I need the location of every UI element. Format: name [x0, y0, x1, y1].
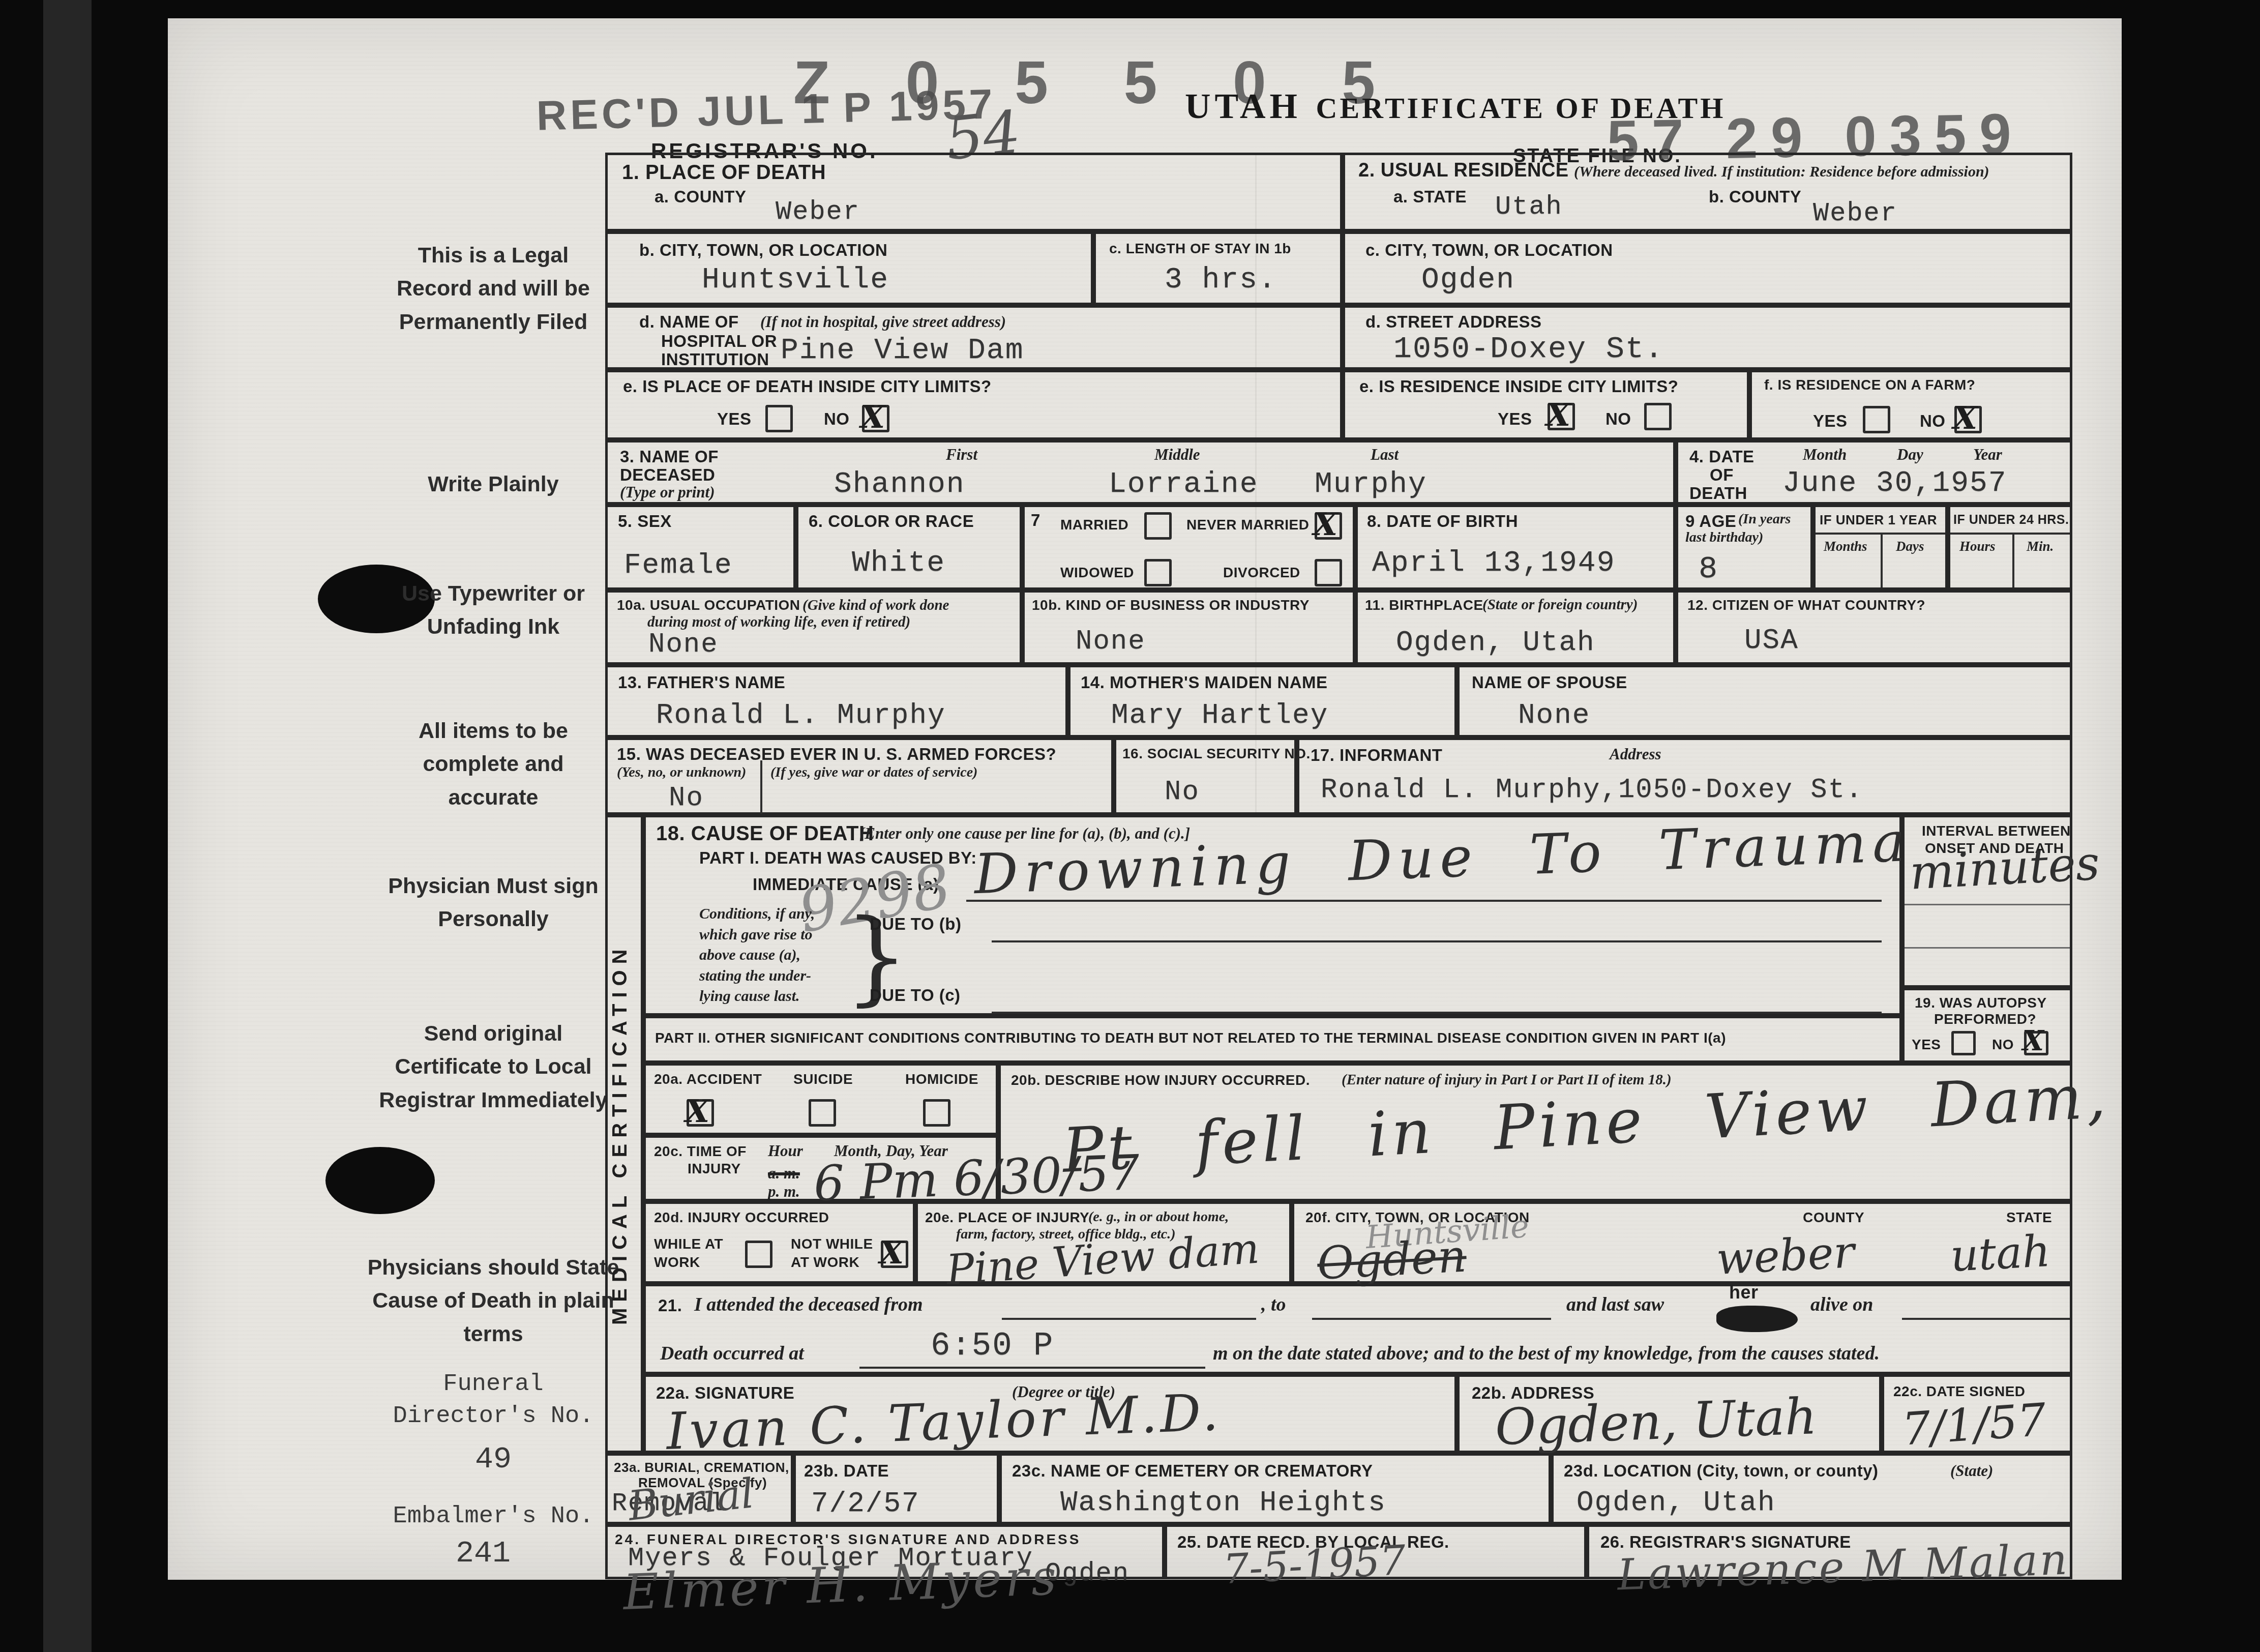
not-while-label-1: NOT WHILE: [791, 1235, 873, 1253]
residence-state-value: Utah: [1495, 192, 1563, 222]
date-signed-value: 7/1/57: [1900, 1393, 2048, 1456]
margin-note-plain-terms: Physicians should State Cause of Death i…: [356, 1251, 631, 1351]
embalmers-no-label: Embalmer's No.: [366, 1500, 620, 1532]
field-cause-of-death: 18. CAUSE OF DEATH [Enter only one cause…: [643, 815, 1902, 1016]
margin-note-complete: All items to be complete and accurate: [379, 715, 608, 814]
birthplace-label: 11. BIRTHPLACE: [1365, 597, 1483, 614]
dod-month-label: Month: [1803, 446, 1847, 464]
residence-limits-yes-label: YES: [1498, 409, 1532, 429]
farm-label: f. IS RESIDENCE ON A FARM?: [1764, 376, 1975, 394]
pm-label: p. m.: [768, 1183, 800, 1201]
ssn-label: 16. SOCIAL SECURITY NO.: [1122, 745, 1311, 762]
field-occupation: 10a. USUAL OCCUPATION (Give kind of work…: [605, 590, 1022, 665]
accident-label: 20a. ACCIDENT: [654, 1071, 762, 1088]
last-name-label: Last: [1371, 446, 1399, 464]
conditions-note: Conditions, if any, which gave rise to a…: [699, 904, 815, 1007]
homicide-checkbox: [923, 1099, 950, 1127]
time-injury-label-1: 20c. TIME OF: [654, 1143, 747, 1160]
margin-note-typewriter: Use Typewriter or Unfading Ink: [366, 577, 620, 644]
county-value: Weber: [776, 197, 860, 227]
armed-forces-hint-2: (If yes, give war or dates of service): [770, 764, 977, 781]
dod-label-2: OF: [1710, 465, 1734, 485]
age-hint-2: last birthday): [1685, 529, 1763, 546]
mother-value: Mary Hartley: [1111, 699, 1328, 731]
field-industry: 10b. KIND OF BUSINESS OR INDUSTRY None: [1022, 590, 1355, 665]
informant-address-label: Address: [1610, 745, 1661, 763]
attended-text-2: m on the date stated above; and to the b…: [1213, 1342, 1880, 1365]
occupation-value: None: [648, 629, 719, 660]
scanner-frame-strip: [43, 0, 92, 1652]
length-of-stay-label: c. LENGTH OF STAY IN 1b: [1109, 240, 1291, 257]
hour-label: Hour: [768, 1142, 803, 1160]
while-at-work-label-1: WHILE AT: [654, 1235, 723, 1253]
attended-lastsaw: and last saw: [1566, 1293, 1664, 1316]
first-name-value: Shannon: [834, 468, 965, 501]
citizen-value: USA: [1744, 624, 1799, 657]
residence-limits-no-label: NO: [1605, 409, 1631, 429]
field-residence-farm: f. IS RESIDENCE ON A FARM? YES NO X: [1749, 370, 2072, 440]
while-at-work-checkbox: [745, 1241, 772, 1268]
name-heading-1: 3. NAME OF: [620, 447, 719, 467]
cemetery-location-label: 23d. LOCATION (City, town, or county): [1564, 1461, 1879, 1481]
field-injury-city-county-state: 20f. CITY, TOWN, OR LOCATION COUNTY STAT…: [1292, 1201, 2072, 1284]
field-time-of-injury: 20c. TIME OF INJURY Hour Month, Day, Yea…: [643, 1135, 998, 1201]
death-limits-yes-checkbox: [765, 405, 793, 432]
race-label: 6. COLOR OR RACE: [809, 511, 974, 532]
field-hospital: d. NAME OF (If not in hospital, give str…: [605, 305, 1343, 370]
due-to-c-label: DUE TO (c): [870, 985, 961, 1006]
age-label: 9 AGE: [1685, 511, 1736, 532]
cemetery-location-value: Ogden, Utah: [1577, 1486, 1776, 1519]
burial-date-value: 7/2/57: [811, 1487, 920, 1520]
injury-state-label: STATE: [2006, 1209, 2052, 1226]
not-while-mark: X: [879, 1234, 904, 1271]
occupation-hint-1: (Give kind of work done: [802, 597, 949, 613]
middle-name-label: Middle: [1154, 446, 1200, 464]
residence-city-label: c. CITY, TOWN, OR LOCATION: [1365, 240, 1613, 260]
margin-note-write-plainly: Write Plainly: [379, 468, 608, 501]
injury-state-value: utah: [1949, 1226, 2052, 1282]
widowed-label: WIDOWED: [1060, 564, 1134, 581]
medical-certification-strip: MEDICAL CERTIFICATION: [605, 815, 643, 1453]
field-death-city: b. CITY, TOWN, OR LOCATION Huntsville: [605, 231, 1093, 305]
dod-label-3: DEATH: [1689, 483, 1747, 504]
age-value: 8: [1699, 551, 1718, 587]
death-city-limits-label: e. IS PLACE OF DEATH INSIDE CITY LIMITS?: [623, 376, 992, 397]
spouse-value: None: [1518, 699, 1590, 731]
cemetery-location-state-hint: (State): [1950, 1462, 1993, 1480]
field-mother-name: 14. MOTHER'S MAIDEN NAME Mary Hartley: [1068, 665, 1457, 737]
embalmers-no-value: 241: [356, 1533, 610, 1575]
place-injury-label: 20e. PLACE OF INJURY: [925, 1209, 1089, 1226]
birthplace-value: Ogden, Utah: [1396, 626, 1595, 659]
burial-label-1: 23a. BURIAL, CREMATION,: [614, 1460, 789, 1476]
field-funeral-director: 24. FUNERAL DIRECTOR'S SIGNATURE AND ADD…: [605, 1524, 1165, 1579]
name-heading-2: DECEASED: [620, 465, 715, 485]
hospital-label-2: HOSPITAL OR: [661, 331, 777, 351]
race-value: White: [852, 547, 945, 580]
death-limits-no-label: NO: [824, 409, 850, 429]
death-limits-yes-label: YES: [717, 409, 752, 429]
farm-no-mark: X: [1953, 399, 1977, 436]
farm-no-label: NO: [1920, 411, 1946, 431]
armed-forces-divider: [760, 760, 762, 814]
field-date-of-death: 4. DATE OF DEATH Month Day Year June 30,…: [1676, 440, 2072, 505]
father-label: 13. FATHER'S NAME: [618, 672, 785, 693]
farm-no-checkbox: X: [1954, 406, 1982, 433]
field-armed-forces: 15. WAS DECEASED EVER IN U. S. ARMED FOR…: [605, 737, 1114, 815]
injury-county-value: weber: [1715, 1227, 1856, 1285]
autopsy-label-1: 19. WAS AUTOPSY: [1915, 994, 2047, 1012]
cemetery-value: Washington Heights: [1060, 1486, 1386, 1519]
field-interval-onset-death: INTERVAL BETWEEN ONSET AND DEATH minutes: [1902, 815, 2072, 988]
last-name-value: Murphy: [1315, 468, 1427, 501]
residence-county-label: b. COUNTY: [1709, 187, 1801, 207]
farm-yes-checkbox: [1863, 406, 1890, 433]
death-occurred-label: Death occurred at: [660, 1342, 804, 1365]
divorced-label: DIVORCED: [1223, 564, 1300, 581]
hospital-hint: (If not in hospital, give street address…: [760, 313, 1006, 331]
cemetery-label: 23c. NAME OF CEMETERY OR CREMATORY: [1012, 1461, 1373, 1481]
death-city-label: b. CITY, TOWN, OR LOCATION: [639, 240, 887, 260]
under1-label: IF UNDER 1 YEAR: [1820, 512, 1937, 528]
am-label: a. m.: [768, 1164, 800, 1183]
field-age-under-1-year: IF UNDER 1 YEAR Months Days: [1813, 505, 1948, 590]
residence-state-label: a. STATE: [1393, 187, 1467, 207]
how-injury-label: 20b. DESCRIBE HOW INJURY OCCURRED.: [1011, 1072, 1310, 1089]
residence-limits-no-checkbox: [1644, 403, 1672, 430]
residence-limits-yes-mark: X: [1546, 396, 1570, 433]
armed-forces-label: 15. WAS DECEASED EVER IN U. S. ARMED FOR…: [617, 744, 1056, 764]
homicide-label: HOMICIDE: [905, 1071, 978, 1088]
autopsy-no-label: NO: [1992, 1036, 2014, 1053]
funeral-directors-no-label: Funeral Director's No.: [366, 1368, 620, 1433]
punch-hole-bottom: [325, 1147, 435, 1214]
field-how-injury-occurred: 20b. DESCRIBE HOW INJURY OCCURRED. (Ente…: [998, 1063, 2072, 1201]
months-label: Months: [1824, 539, 1867, 554]
never-married-label: NEVER MARRIED: [1186, 516, 1309, 534]
usual-residence-hint: (Where deceased lived. If institution: R…: [1574, 163, 1989, 181]
field-date-signed: 22c. DATE SIGNED 7/1/57: [1882, 1374, 2072, 1453]
married-checkbox: [1144, 512, 1172, 540]
autopsy-no-mark: X: [2023, 1024, 2044, 1057]
attended-text-1: I attended the deceased from: [694, 1293, 923, 1316]
field-length-of-stay: c. LENGTH OF STAY IN 1b 3 hrs.: [1093, 231, 1343, 305]
conditions-line-3: above cause (a),: [699, 945, 815, 966]
length-of-stay-value: 3 hrs.: [1165, 263, 1277, 297]
margin-note-legal-record: This is a Legal Record and will be Perma…: [379, 239, 608, 339]
burial-date-label: 23b. DATE: [804, 1461, 889, 1481]
hospital-label-1: d. NAME OF: [639, 312, 739, 332]
field-citizen: 12. CITIZEN OF WHAT COUNTRY? USA: [1676, 590, 2072, 665]
dod-year-label: Year: [1973, 446, 2002, 464]
informant-label: 17. INFORMANT: [1311, 745, 1443, 765]
death-limits-no-checkbox: X: [862, 405, 889, 432]
dob-value: April 13,1949: [1372, 547, 1615, 580]
injury-occurred-label: 20d. INJURY OCCURRED: [654, 1209, 829, 1226]
field-physician-signature: 22a. SIGNATURE (Degree or title) Ivan C.…: [643, 1374, 1457, 1453]
dod-value: June 30,1957: [1782, 467, 2007, 500]
field-death-city-limits: e. IS PLACE OF DEATH INSIDE CITY LIMITS?…: [605, 370, 1343, 440]
margin-note-send-original: Send original Certificate to Local Regis…: [379, 1017, 608, 1117]
hours-label: Hours: [1959, 539, 1996, 554]
field-date-received: 25. DATE RECD. BY LOCAL REG. 7-5-1957: [1165, 1524, 1587, 1579]
field-accident-suicide-homicide: 20a. ACCIDENT SUICIDE HOMICIDE X: [643, 1063, 998, 1135]
age-hint-1: (In years: [1738, 511, 1791, 527]
first-name-label: First: [946, 446, 977, 464]
divorced-checkbox: [1315, 559, 1342, 586]
cause-label: 18. CAUSE OF DEATH: [656, 821, 874, 846]
street-address-value: 1050-Doxey St.: [1393, 332, 1664, 367]
mother-label: 14. MOTHER'S MAIDEN NAME: [1081, 672, 1328, 693]
field-name-of-deceased: 3. NAME OF DECEASED (Type or print) Firs…: [605, 440, 1676, 505]
margin-note-physician-sign: Physician Must sign Personally: [379, 870, 608, 936]
field-marital-status: 7 MARRIED NEVER MARRIED X WIDOWED DIVORC…: [1022, 505, 1355, 590]
field-color-race: 6. COLOR OR RACE White: [796, 505, 1022, 590]
funeral-director-city: Ogden: [1045, 1558, 1129, 1588]
father-value: Ronald L. Murphy: [656, 699, 946, 731]
armed-forces-value: No: [669, 783, 704, 814]
industry-label: 10b. KIND OF BUSINESS OR INDUSTRY: [1032, 597, 1310, 614]
redacted-him: [1716, 1306, 1798, 1332]
field-age: 9 AGE (In years last birthday) 8: [1676, 505, 1813, 590]
field-spouse-name: NAME OF SPOUSE None: [1457, 665, 2072, 737]
title-state: UTAH: [1185, 87, 1301, 126]
field-cemetery-name: 23c. NAME OF CEMETERY OR CREMATORY Washi…: [999, 1453, 1551, 1524]
dod-day-label: Day: [1897, 446, 1923, 464]
time-injury-label-2: INJURY: [688, 1160, 741, 1177]
death-limits-no-mark: X: [860, 398, 885, 435]
armed-forces-hint-1: (Yes, no, or unknown): [617, 764, 746, 781]
field-burial-type: 23a. BURIAL, CREMATION, REMOVAL (Specify…: [605, 1453, 793, 1524]
residence-limits-label: e. IS RESIDENCE INSIDE CITY LIMITS?: [1359, 376, 1678, 397]
field-residence-city: c. CITY, TOWN, OR LOCATION Ogden: [1343, 231, 2072, 305]
death-time-value: 6:50 P: [931, 1328, 1054, 1365]
injury-county-label: COUNTY: [1803, 1209, 1864, 1226]
date-received-value: 7-5-1957: [1222, 1537, 1407, 1594]
interval-value: minutes: [1908, 836, 2101, 900]
autopsy-label-2: PERFORMED?: [1934, 1011, 2036, 1028]
field-part2-conditions: PART II. OTHER SIGNIFICANT CONDITIONS CO…: [643, 1016, 1902, 1063]
field-age-under-24-hrs: IF UNDER 24 HRS. Hours Min.: [1948, 505, 2072, 590]
field-ssn: 16. SOCIAL SECURITY NO. No: [1114, 737, 1297, 815]
field-place-of-death-county: 1. PLACE OF DEATH a. COUNTY Weber: [605, 153, 1343, 231]
residence-limits-yes-checkbox: X: [1548, 403, 1575, 430]
usual-residence-heading: 2. USUAL RESIDENCE: [1358, 159, 1569, 183]
field-cemetery-location: 23d. LOCATION (City, town, or county) (S…: [1551, 1453, 2072, 1524]
field-usual-residence: 2. USUAL RESIDENCE (Where deceased lived…: [1343, 153, 2072, 231]
days-label: Days: [1896, 539, 1924, 554]
injury-city-struck: Ogden: [1316, 1229, 1468, 1289]
field-residence-city-limits: e. IS RESIDENCE INSIDE CITY LIMITS? YES …: [1343, 370, 1749, 440]
not-while-checkbox: X: [881, 1241, 908, 1268]
marital-num: 7: [1031, 510, 1040, 530]
residence-county-value: Weber: [1813, 198, 1897, 228]
suicide-checkbox: [809, 1099, 836, 1127]
field-physician-address: 22b. ADDRESS Ogden, Utah: [1457, 1374, 1882, 1453]
conditions-line-4: stating the under-: [699, 966, 815, 987]
field-sex: 5. SEX Female: [605, 505, 796, 590]
under1-divider: [1881, 533, 1883, 587]
dob-label: 8. DATE OF BIRTH: [1367, 511, 1518, 532]
farm-yes-label: YES: [1813, 411, 1848, 431]
sex-value: Female: [624, 549, 733, 581]
attended-alive: alive on: [1810, 1293, 1873, 1316]
street-address-label: d. STREET ADDRESS: [1365, 312, 1541, 332]
birthplace-hint: (State or foreign country): [1482, 597, 1638, 613]
field-street-address: d. STREET ADDRESS 1050-Doxey St.: [1343, 305, 2072, 370]
residence-city-value: Ogden: [1421, 263, 1515, 297]
field-father-name: 13. FATHER'S NAME Ronald L. Murphy: [605, 665, 1068, 737]
physician-address-value: Ogden, Utah: [1494, 1388, 1818, 1457]
attended-num: 21.: [658, 1295, 682, 1316]
conditions-line-5: lying cause last.: [699, 986, 815, 1007]
county-label: a. COUNTY: [655, 187, 747, 207]
never-married-mark: X: [1313, 506, 1337, 543]
spouse-label: NAME OF SPOUSE: [1472, 672, 1627, 693]
autopsy-yes-checkbox: [1951, 1031, 1976, 1055]
name-hint: (Type or print): [620, 483, 715, 501]
field-birthplace: 11. BIRTHPLACE (State or foreign country…: [1355, 590, 1676, 665]
sex-label: 5. SEX: [618, 511, 672, 532]
attended-her-correction: her: [1729, 1281, 1759, 1303]
hospital-label-3: INSTITUTION: [661, 349, 769, 370]
under24-divider: [2012, 533, 2014, 587]
field-date-of-birth: 8. DATE OF BIRTH April 13,1949: [1355, 505, 1676, 590]
accident-checkbox: X: [687, 1099, 714, 1127]
accident-mark: X: [685, 1093, 709, 1130]
suicide-label: SUICIDE: [793, 1071, 853, 1088]
hospital-value: Pine View Dam: [781, 334, 1024, 367]
occupation-hint-2: during most of working life, even if ret…: [647, 614, 910, 630]
field-informant: 17. INFORMANT Address Ronald L. Murphy,1…: [1297, 737, 2072, 815]
field-attended-statement: 21. I attended the deceased from , to an…: [643, 1284, 2072, 1374]
min-label: Min.: [2027, 539, 2054, 554]
how-injury-hint: (Enter nature of injury in Part I or Par…: [1342, 1072, 1672, 1088]
industry-value: None: [1076, 626, 1146, 657]
while-at-work-label-2: WORK: [654, 1254, 700, 1271]
field-autopsy: 19. WAS AUTOPSY PERFORMED? YES NO X: [1902, 988, 2072, 1063]
occupation-label: 10a. USUAL OCCUPATION: [617, 597, 800, 613]
place-of-death-heading: 1. PLACE OF DEATH: [622, 160, 826, 185]
death-city-value: Huntsville: [702, 263, 889, 297]
attended-to: , to: [1261, 1293, 1286, 1316]
citizen-label: 12. CITIZEN OF WHAT COUNTRY?: [1687, 597, 1925, 614]
ssn-value: No: [1165, 777, 1200, 808]
field-injury-occurred-work: 20d. INJURY OCCURRED WHILE AT WORK NOT W…: [643, 1201, 915, 1284]
not-while-label-2: AT WORK: [791, 1254, 859, 1271]
place-injury-hint-1: (e. g., in or about home,: [1088, 1209, 1229, 1225]
conditions-line-2: which gave rise to: [699, 925, 815, 946]
never-married-checkbox: X: [1315, 512, 1342, 540]
funeral-directors-no-value: 49: [366, 1439, 620, 1481]
field-burial-date: 23b. DATE 7/2/57: [793, 1453, 999, 1524]
married-label: MARRIED: [1060, 516, 1128, 534]
part2-label: PART II. OTHER SIGNIFICANT CONDITIONS CO…: [655, 1029, 1886, 1047]
under24-label: IF UNDER 24 HRS.: [1953, 512, 2069, 527]
death-certificate-scan: This is a Legal Record and will be Perma…: [0, 0, 2260, 1652]
field-place-of-injury: 20e. PLACE OF INJURY (e. g., in or about…: [915, 1201, 1292, 1284]
dod-label-1: 4. DATE: [1689, 447, 1755, 467]
widowed-checkbox: [1144, 559, 1172, 586]
field-registrar-signature: 26. REGISTRAR'S SIGNATURE Lawrence M Mal…: [1587, 1524, 2072, 1579]
due-to-b-label: DUE TO (b): [870, 914, 961, 934]
informant-value: Ronald L. Murphy,1050-Doxey St.: [1321, 775, 1863, 806]
conditions-line-1: Conditions, if any,: [699, 904, 815, 925]
autopsy-yes-label: YES: [1912, 1036, 1941, 1053]
middle-name-value: Lorraine: [1109, 468, 1258, 501]
interval-label-1: INTERVAL BETWEEN: [1922, 822, 2071, 840]
medical-certification-label: MEDICAL CERTIFICATION: [608, 817, 641, 1451]
autopsy-no-checkbox: X: [2024, 1031, 2048, 1055]
